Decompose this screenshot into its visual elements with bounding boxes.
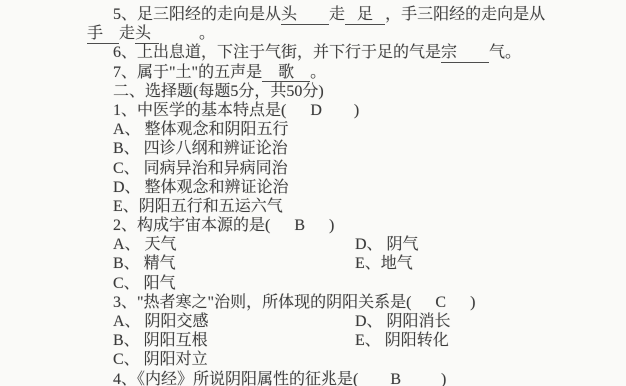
text-segment: 5、足三阳经的走向是从: [113, 6, 281, 23]
text-segment: 4、《内经》所说阴阳属性的征兆是( B ): [113, 371, 446, 386]
text-line: 6、上出息道，下注于气街，并下行于足的气是宗 气。: [87, 43, 622, 62]
text-segment: ，手三阳经的走向是从: [385, 6, 545, 23]
text-line: B、 四诊八纲和辨证论治: [87, 139, 622, 158]
text-line: 二、选择题(每题5分，共50分): [87, 82, 622, 101]
text-line: A、 整体观念和阴阳五行: [87, 120, 622, 139]
text-line: C、 同病异治和异病同治: [87, 159, 622, 178]
text-segment: 7、属于"土"的五声是: [113, 64, 262, 81]
text-line: A、 天气D、 阴气: [87, 235, 622, 254]
text-segment: B、 精气: [113, 255, 176, 272]
text-segment: A、 整体观念和阴阳五行: [113, 121, 289, 138]
text-segment: D、 阴阳消长: [355, 312, 451, 331]
text-line: E、阴阳五行和五运六气: [87, 197, 622, 216]
text-line: 2、构成宇宙本源的是( B ): [87, 216, 622, 235]
text-segment: A、 阴阳交感: [113, 313, 209, 330]
text-segment: 1、中医学的基本特点是( D ): [113, 102, 359, 119]
document-page: 5、足三阳经的走向是从头 走 足 ，手三阳经的走向是从手 走头 。6、上出息道，…: [0, 0, 626, 386]
text-segment: 二、选择题(每题5分，共50分): [113, 83, 324, 100]
text-line: C、 阴阳对立: [87, 350, 622, 369]
text-segment: D、 阴气: [355, 235, 419, 254]
fill-in-blank-answer: 足: [345, 6, 385, 25]
text-segment: C、 同病异治和异病同治: [113, 160, 288, 177]
text-line: 1、中医学的基本特点是( D ): [87, 101, 622, 120]
text-segment: 气。: [489, 44, 521, 61]
text-segment: 走: [329, 6, 345, 23]
text-segment: E、 阴阳转化: [355, 331, 449, 350]
text-segment: E、阴阳五行和五运六气: [113, 198, 283, 215]
fill-in-blank-answer: 宗: [441, 44, 489, 63]
text-segment: C、 阳气: [113, 275, 176, 292]
text-segment: 3、"热者寒之"治则，所体现的阴阳关系是( C ): [113, 294, 475, 311]
text-line: 3、"热者寒之"治则，所体现的阴阳关系是( C ): [87, 293, 622, 312]
text-segment: C、 阴阳对立: [113, 351, 208, 368]
text-segment: E、地气: [355, 254, 413, 273]
text-line: 5、足三阳经的走向是从头 走 足 ，手三阳经的走向是从: [87, 5, 622, 24]
text-segment: A、 天气: [113, 236, 177, 253]
text-segment: B、 四诊八纲和辨证论治: [113, 140, 288, 157]
text-line: 7、属于"土"的五声是 歌 。: [87, 63, 622, 82]
document-lines: 5、足三阳经的走向是从头 走 足 ，手三阳经的走向是从手 走头 。6、上出息道，…: [87, 5, 622, 386]
text-segment: 6、上出息道，下注于气街，并下行于足的气是: [113, 44, 441, 61]
text-line: C、 阳气: [87, 274, 622, 293]
text-segment: D、 整体观念和辨证论治: [113, 179, 289, 196]
text-line: B、 精气E、地气: [87, 254, 622, 273]
text-line: A、 阴阳交感D、 阴阳消长: [87, 312, 622, 331]
fill-in-blank-answer: 头: [281, 6, 329, 25]
text-line: 手 走头 。: [87, 24, 622, 43]
text-line: 4、《内经》所说阴阳属性的征兆是( B ): [87, 370, 622, 386]
fill-in-blank-answer: 歌: [262, 64, 310, 83]
fill-in-blank-answer: 头: [135, 25, 159, 44]
text-line: B、 阴阳互根E、 阴阳转化: [87, 331, 622, 350]
text-line: D、 整体观念和辨证论治: [87, 178, 622, 197]
text-segment: 走: [119, 25, 135, 42]
text-segment: 。: [310, 64, 326, 81]
fill-in-blank-answer: 手: [87, 25, 119, 44]
text-segment: 。: [159, 25, 215, 42]
text-segment: 2、构成宇宙本源的是( B ): [113, 217, 334, 234]
text-segment: B、 阴阳互根: [113, 332, 208, 349]
